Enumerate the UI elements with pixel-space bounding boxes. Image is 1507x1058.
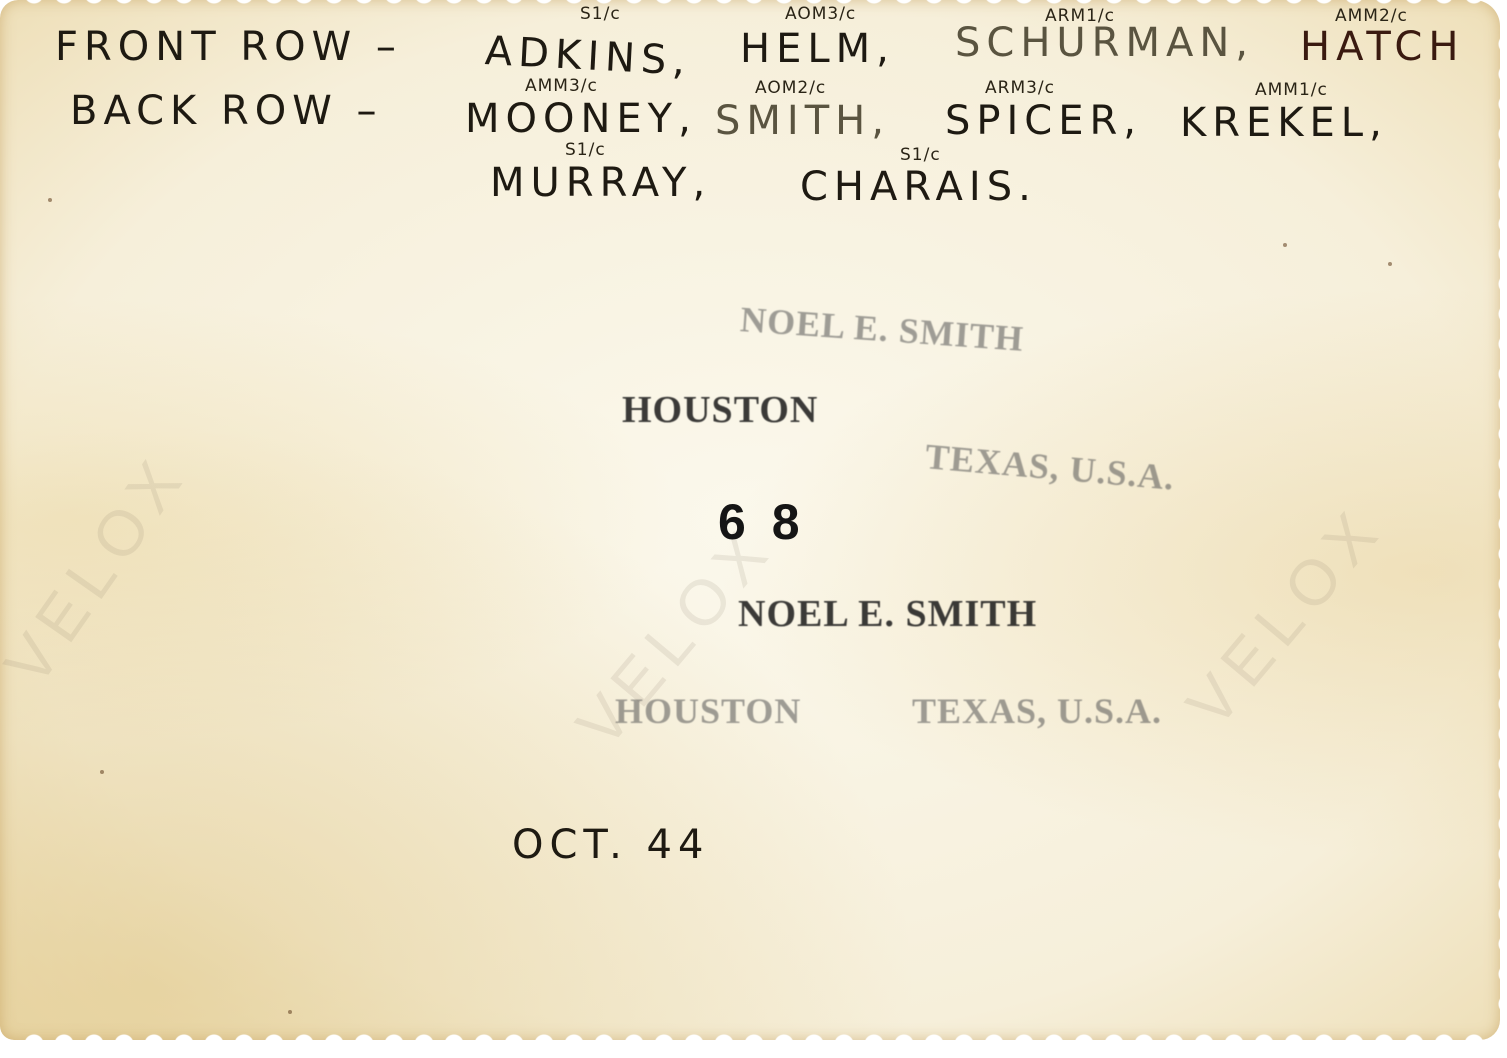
stamp-lower-city: HOUSTON [615,690,801,732]
rank-mooney: AMM3/c [525,76,598,96]
name-murray: MURRAY, [490,160,711,206]
speck [100,770,104,774]
name-spicer: SPICER, [945,98,1142,144]
rank-smith: AOM2/c [755,78,826,98]
name-mooney: MOONEY, [465,96,697,142]
name-schurman: SCHURMAN, [955,20,1254,66]
rank-hatch: AMM2/c [1335,6,1408,26]
name-smith: SMITH, [715,98,890,144]
rank-murray: S1/c [565,140,606,160]
name-charais: CHARAIS. [800,164,1037,210]
rank-helm: AOM3/c [785,4,856,24]
front-row-label: FRONT ROW – [55,24,402,70]
stamp-lower-name: NOEL E. SMITH [738,592,1037,636]
print-number-stamp: 68 [718,493,826,551]
stamp-lower-state: TEXAS, U.S.A. [912,690,1162,732]
speck [1388,262,1392,266]
speck [1283,243,1287,247]
rank-spicer: ARM3/c [985,78,1055,98]
speck [48,198,52,202]
deckle-edge-top [20,0,1490,8]
name-helm: HELM, [740,26,895,72]
handwritten-date: OCT. 44 [512,822,709,868]
stamp-upper-city: HOUSTON [622,388,818,432]
deckle-edge-bottom [20,1030,1490,1044]
name-krekel: KREKEL, [1180,100,1388,146]
name-hatch: HATCH [1300,24,1464,70]
rank-adkins: S1/c [580,4,621,24]
back-row-label: BACK ROW – [70,88,383,134]
rank-krekel: AMM1/c [1255,80,1328,100]
rank-charais: S1/c [900,145,941,165]
speck [288,1010,292,1014]
deckle-edge-right [1492,30,1507,1020]
